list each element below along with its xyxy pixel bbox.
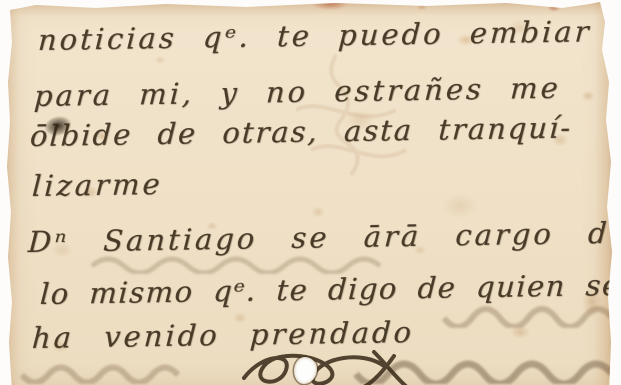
letter-paper: noticias qᵉ. te puedo embiar para mi, y … bbox=[6, 2, 612, 385]
handwritten-line-4: lizarme bbox=[31, 170, 163, 201]
signature-flourish bbox=[234, 348, 424, 385]
handwritten-line-5: Dⁿ Santiago se ārā cargo de bbox=[27, 219, 621, 257]
handwritten-line-3: ōlbide de otras, asta tranquí- bbox=[29, 113, 573, 151]
show-through-writing bbox=[12, 360, 182, 384]
letter-photograph: noticias qᵉ. te puedo embiar para mi, y … bbox=[0, 0, 621, 385]
handwritten-line-1: noticias qᵉ. te puedo embiar bbox=[37, 17, 592, 55]
handwritten-line-2: para mi, y no estrañes me bbox=[33, 74, 561, 111]
